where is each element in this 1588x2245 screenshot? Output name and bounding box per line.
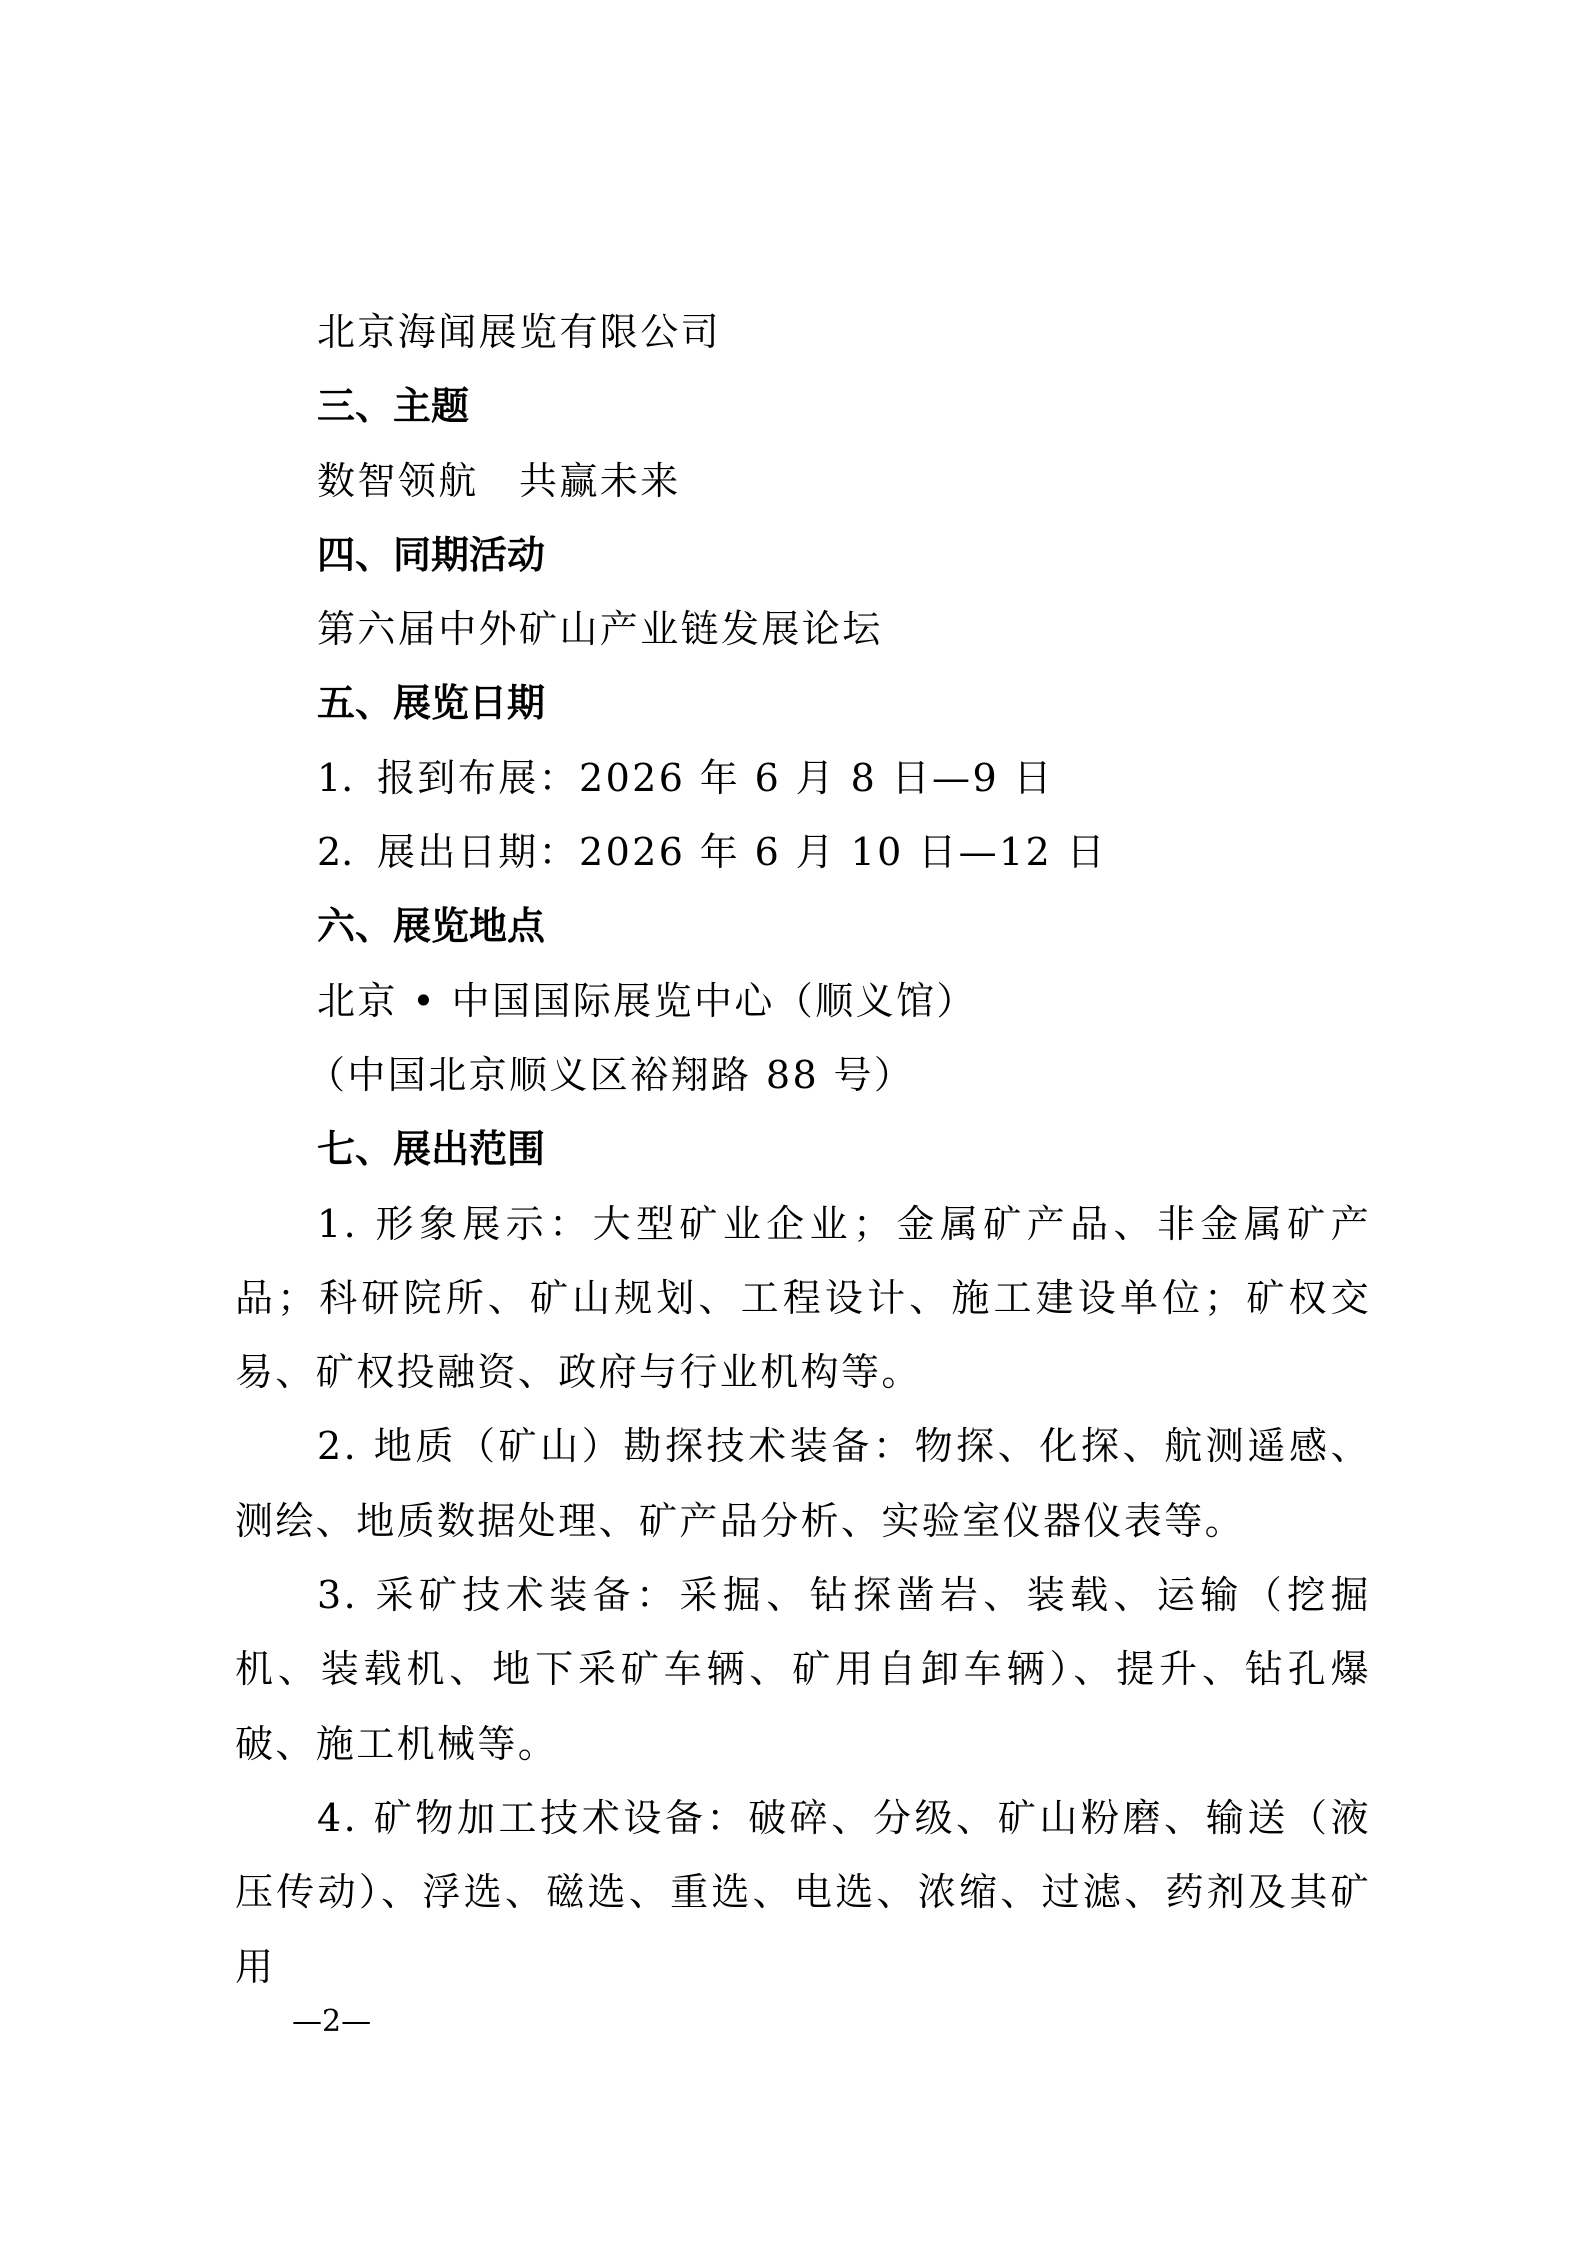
venue-address: （中国北京顺义区裕翔路 88 号） <box>235 1038 1371 1112</box>
organizer-name: 北京海闻展览有限公司 <box>235 295 1371 369</box>
venue-name: 北京 • 中国国际展览中心（顺义馆） <box>235 964 1371 1038</box>
scope-item: 1. 形象展示：大型矿业企业；金属矿产品、非金属矿产品；科研院所、矿山规划、工程… <box>235 1187 1371 1410</box>
page-number: —2— <box>292 2005 371 2039</box>
scope-item: 4. 矿物加工技术设备：破碎、分级、矿山粉磨、输送（液压传动）、浮选、磁选、重选… <box>235 1781 1371 2004</box>
document-body: 北京海闻展览有限公司 三、主题 数智领航 共赢未来 四、同期活动 第六届中外矿山… <box>235 295 1371 2004</box>
date-item-number: 1. <box>317 741 377 815</box>
document-page: 北京海闻展览有限公司 三、主题 数智领航 共赢未来 四、同期活动 第六届中外矿山… <box>0 0 1588 2245</box>
scope-item: 2. 地质（矿山）勘探技术装备：物探、化探、航测遥感、测绘、地质数据处理、矿产品… <box>235 1409 1371 1558</box>
date-item-text: 报到布展：2026 年 6 月 8 日—9 日 <box>377 756 1054 800</box>
section-heading-concurrent-events: 四、同期活动 <box>235 518 1371 592</box>
date-item: 2.展出日期：2026 年 6 月 10 日—12 日 <box>235 815 1371 889</box>
section-heading-scope: 七、展出范围 <box>235 1112 1371 1186</box>
concurrent-events-text: 第六届中外矿山产业链发展论坛 <box>235 592 1371 666</box>
theme-text: 数智领航 共赢未来 <box>235 444 1371 518</box>
section-heading-theme: 三、主题 <box>235 369 1371 443</box>
section-heading-dates: 五、展览日期 <box>235 666 1371 740</box>
section-heading-venue: 六、展览地点 <box>235 889 1371 963</box>
scope-item: 3. 采矿技术装备：采掘、钻探凿岩、装载、运输（挖掘机、装载机、地下采矿车辆、矿… <box>235 1558 1371 1781</box>
date-item: 1.报到布展：2026 年 6 月 8 日—9 日 <box>235 741 1371 815</box>
date-item-text: 展出日期：2026 年 6 月 10 日—12 日 <box>377 830 1107 874</box>
date-item-number: 2. <box>317 815 377 889</box>
